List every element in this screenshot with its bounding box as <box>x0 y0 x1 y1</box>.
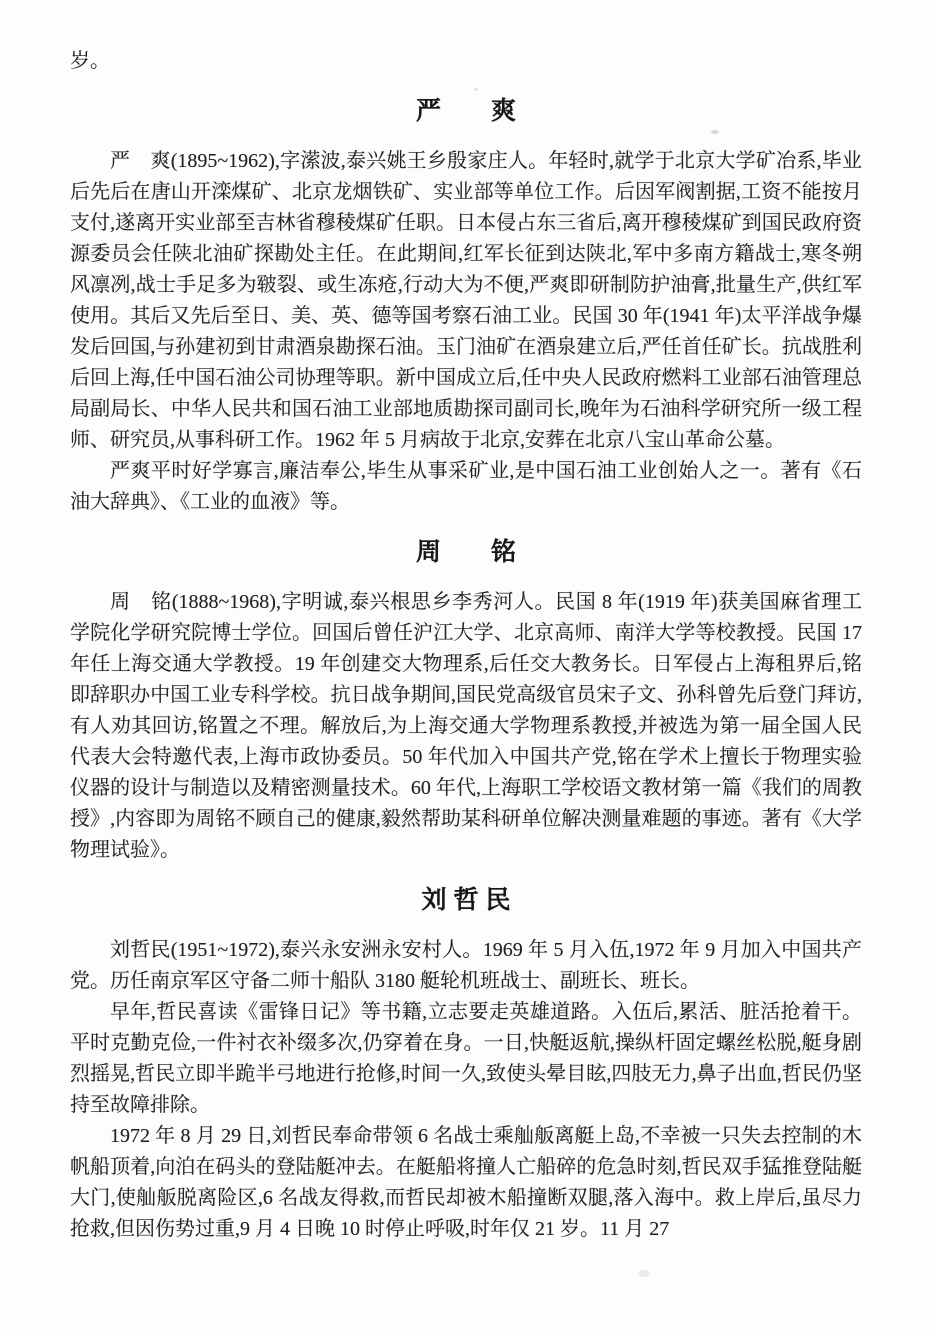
scanned-book-page: 岁。 严 爽 严 爽(1895~1962),字潆波,泰兴姚王乡殷家庄人。年轻时,… <box>70 46 862 1245</box>
bio-paragraph-zhou-ming-1: 周 铭(1888~1968),字明诚,泰兴根思乡李秀河人。民国 8 年(1919… <box>70 587 862 866</box>
bio-paragraph-liu-zhemin-1: 刘哲民(1951~1972),泰兴永安洲永安村人。1969 年 5 月入伍,19… <box>70 935 862 997</box>
scanned-document-viewport: { "page": { "background_color": "#fdfdfc… <box>0 0 930 1334</box>
bio-paragraph-yan-shuang-2: 严爽平时好学寡言,廉洁奉公,毕生从事采矿业,是中国石油工业创始人之一。著有《石油… <box>70 456 862 518</box>
section-heading-zhou-ming: 周 铭 <box>70 536 862 569</box>
continuation-line: 岁。 <box>70 46 862 77</box>
section-heading-liu-zhemin: 刘 哲 民 <box>70 884 862 917</box>
scan-noise-speck <box>638 1270 650 1277</box>
section-heading-yan-shuang: 严 爽 <box>70 95 862 128</box>
bio-paragraph-yan-shuang-1: 严 爽(1895~1962),字潆波,泰兴姚王乡殷家庄人。年轻时,就学于北京大学… <box>70 146 862 456</box>
bio-paragraph-liu-zhemin-3: 1972 年 8 月 29 日,刘哲民奉命带领 6 名战士乘舢舨离艇上岛,不幸被… <box>70 1121 862 1245</box>
bio-paragraph-liu-zhemin-2: 早年,哲民喜读《雷锋日记》等书籍,立志要走英雄道路。入伍后,累活、脏活抢着干。平… <box>70 997 862 1121</box>
